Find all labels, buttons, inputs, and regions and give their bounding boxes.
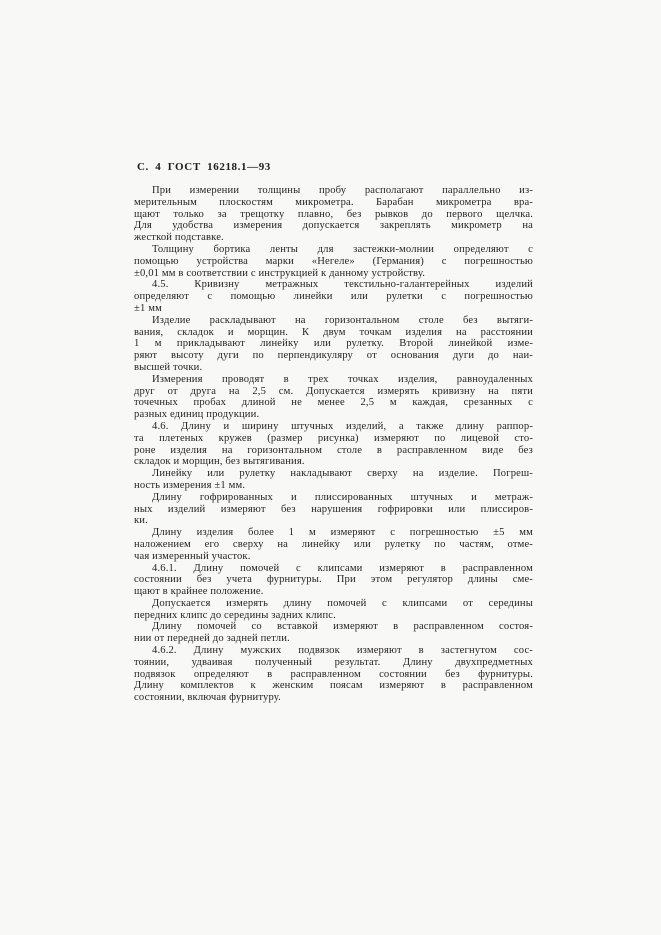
- text-line: та плетеных кружев (размер рисунка) изме…: [134, 433, 533, 445]
- paragraph: Длину гофрированных и плиссированных шту…: [134, 492, 533, 527]
- text-line: мерительным плоскостям микрометра. Бараб…: [134, 197, 533, 209]
- text-line: ±0,01 мм в соответствии с инструкцией к …: [134, 268, 533, 280]
- text-line: роне изделия на горизонтальном столе в р…: [134, 445, 533, 457]
- text-line: наложением его сверху на линейку или рул…: [134, 539, 533, 551]
- text-line: Длину помочей со вставкой измеряют в рас…: [134, 621, 533, 633]
- paragraph: Длину изделия более 1 м измеряют с погре…: [134, 527, 533, 562]
- text-line: чая измеренный участок.: [134, 551, 533, 563]
- text-block: При измерении толщины пробу располагают …: [134, 185, 533, 704]
- text-line: высшей точки.: [134, 362, 533, 374]
- text-line: определяют с помощью линейки или рулетки…: [134, 291, 533, 303]
- text-line: ность измерения ±1 мм.: [134, 480, 533, 492]
- text-line: складок и морщин, без вытягивания.: [134, 456, 533, 468]
- text-line: Линейку или рулетку накладывают сверху н…: [134, 468, 533, 480]
- text-line: Допускается измерять длину помочей с кли…: [134, 598, 533, 610]
- text-line: вания, складок и морщин. К двум точкам и…: [134, 327, 533, 339]
- text-line: нии от передней до задней петли.: [134, 633, 533, 645]
- text-line: ±1 мм: [134, 303, 533, 315]
- text-line: 1 м прикладывают линейку или рулетку. Вт…: [134, 338, 533, 350]
- paragraph: Линейку или рулетку накладывают сверху н…: [134, 468, 533, 492]
- text-line: Для удобства измерения допускается закре…: [134, 220, 533, 232]
- text-line: тоянии, удваивая полученный результат. Д…: [134, 657, 533, 669]
- text-line: щают только за трещотку плавно, без рывк…: [134, 209, 533, 221]
- text-line: подвязок определяют в расправленном сост…: [134, 669, 533, 681]
- page-header: С. 4 ГОСТ 16218.1—93: [137, 161, 271, 173]
- text-line: 4.6.1. Длину помочей с клипсами измеряют…: [134, 563, 533, 575]
- paragraph: Длину помочей со вставкой измеряют в рас…: [134, 621, 533, 645]
- paragraph: При измерении толщины пробу располагают …: [134, 185, 533, 244]
- text-line: Изделие раскладывают на горизонтальном с…: [134, 315, 533, 327]
- text-line: ки.: [134, 515, 533, 527]
- text-line: При измерении толщины пробу располагают …: [134, 185, 533, 197]
- text-line: жесткой подставке.: [134, 232, 533, 244]
- paragraph: 4.5. Кривизну метражных текстильно-галан…: [134, 279, 533, 314]
- text-line: щают в крайнее положение.: [134, 586, 533, 598]
- text-line: точечных пробах длиной не менее 2,5 м ка…: [134, 397, 533, 409]
- text-line: Длину комплектов к женским поясам измеря…: [134, 680, 533, 692]
- text-line: Толщину бортика ленты для застежки-молни…: [134, 244, 533, 256]
- paragraph: Толщину бортика ленты для застежки-молни…: [134, 244, 533, 279]
- paragraph: 4.6.1. Длину помочей с клипсами измеряют…: [134, 563, 533, 598]
- text-line: Измерения проводят в трех точках изделия…: [134, 374, 533, 386]
- text-line: состоянии, включая фурнитуру.: [134, 692, 533, 704]
- text-line: друг от друга на 2,5 см. Допускается изм…: [134, 386, 533, 398]
- paragraph: 4.6.2. Длину мужских подвязок измеряют в…: [134, 645, 533, 704]
- text-line: разных единиц продукции.: [134, 409, 533, 421]
- text-line: Длину изделия более 1 м измеряют с погре…: [134, 527, 533, 539]
- text-line: помощью устройства марки «Негеле» (Герма…: [134, 256, 533, 268]
- text-line: передних клипс до середины задних клипс.: [134, 610, 533, 622]
- paragraph: 4.6. Длину и ширину штучных изделий, а т…: [134, 421, 533, 468]
- paragraph: Изделие раскладывают на горизонтальном с…: [134, 315, 533, 374]
- text-line: 4.6.2. Длину мужских подвязок измеряют в…: [134, 645, 533, 657]
- text-line: ных изделий измеряют без нарушения гофри…: [134, 504, 533, 516]
- text-line: ряют высоту дуги по перпендикуляру от ос…: [134, 350, 533, 362]
- text-line: Длину гофрированных и плиссированных шту…: [134, 492, 533, 504]
- text-line: 4.5. Кривизну метражных текстильно-галан…: [134, 279, 533, 291]
- text-line: состоянии без учета фурнитуры. При этом …: [134, 574, 533, 586]
- paragraph: Допускается измерять длину помочей с кли…: [134, 598, 533, 622]
- scanned-document-page: С. 4 ГОСТ 16218.1—93 При измерении толщи…: [0, 0, 661, 935]
- paragraph: Измерения проводят в трех точках изделия…: [134, 374, 533, 421]
- text-line: 4.6. Длину и ширину штучных изделий, а т…: [134, 421, 533, 433]
